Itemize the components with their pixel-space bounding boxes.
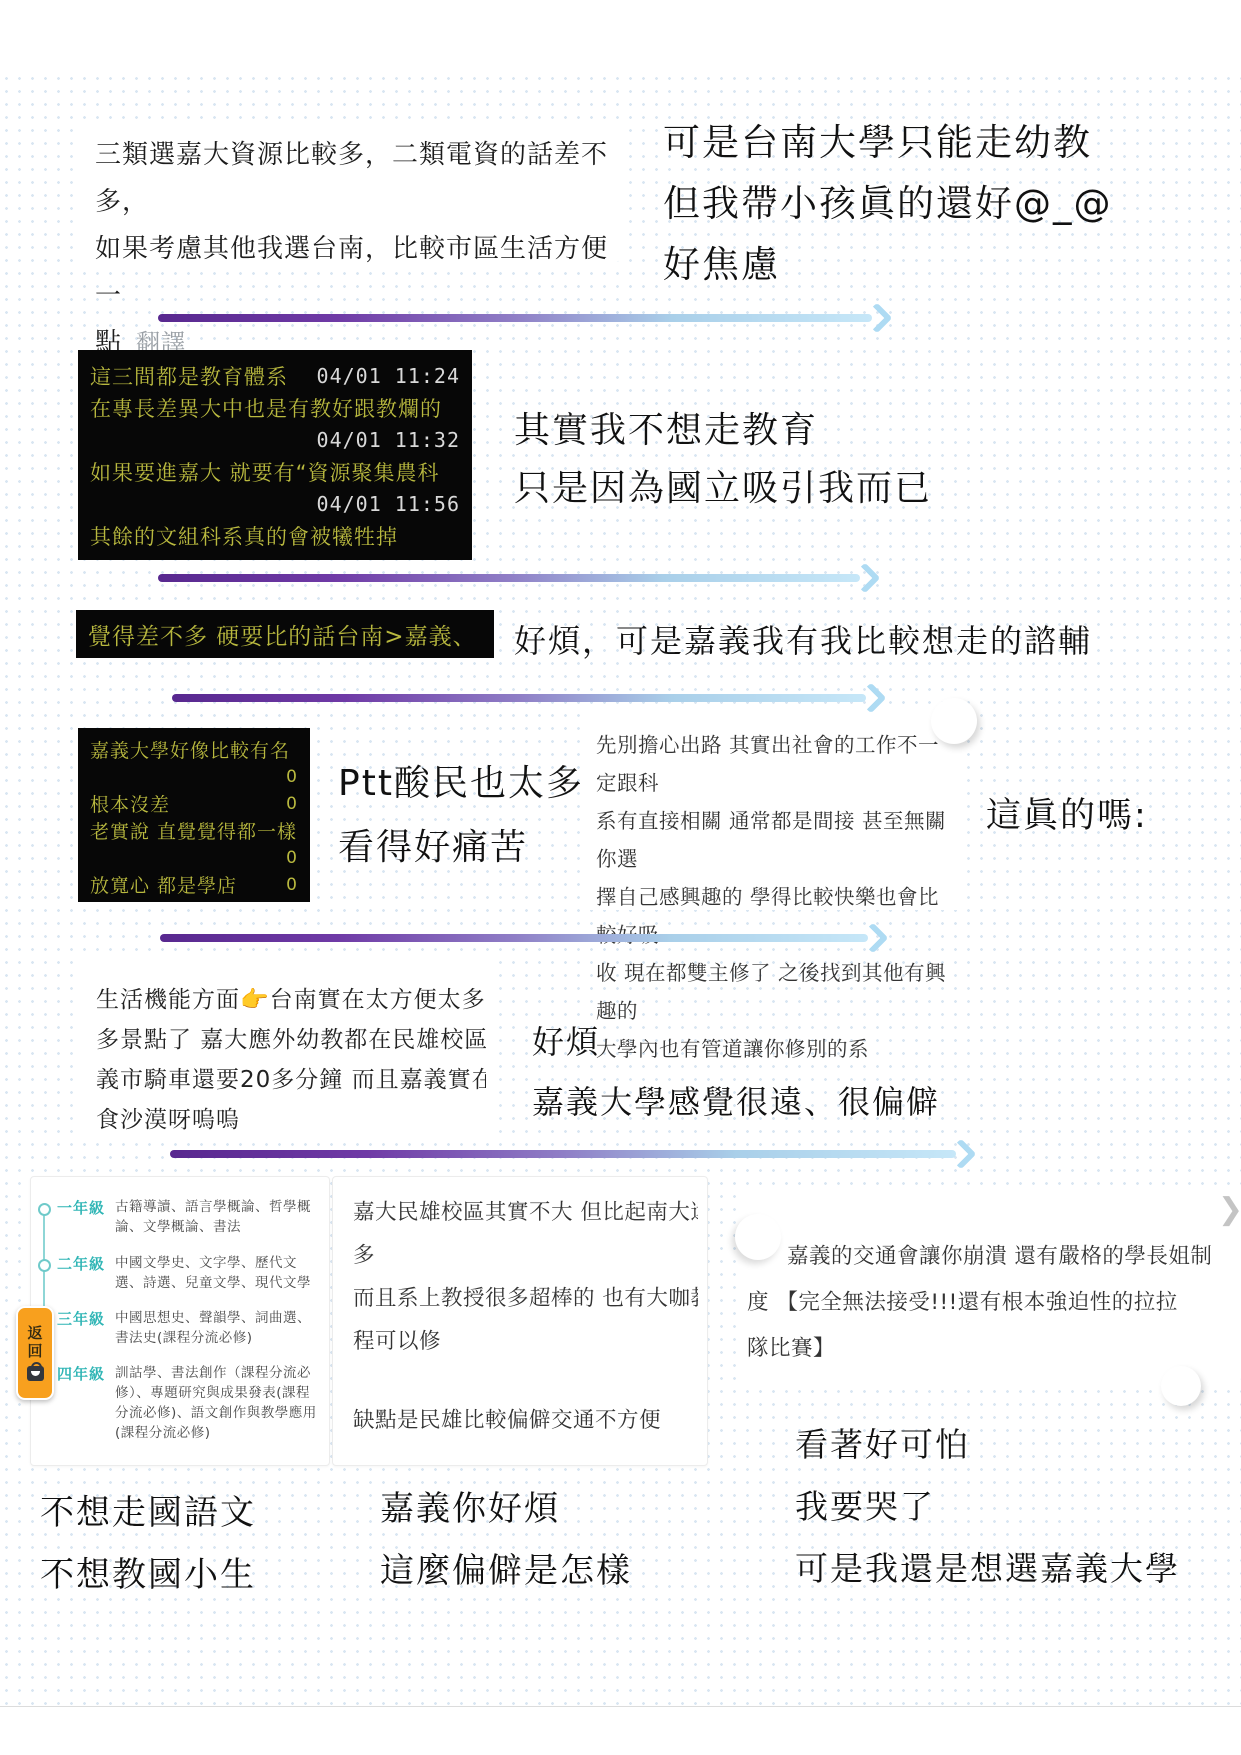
ptt-push-count: 0 <box>286 875 298 895</box>
traffic-line: 度 【完全無法接受!!!還有根本強迫性的拉拉 <box>747 1280 1237 1326</box>
grade-courses: 中國文學史、文字學、歷代文選、詩選、兒童文學、現代文學 <box>115 1253 317 1293</box>
quote-line: 三類選嘉大資源比較多，二類電資的話差不多， <box>95 132 610 226</box>
chevron-right-icon[interactable]: ❯ <box>1218 1192 1241 1227</box>
ptt-comment: 根本沒差 <box>90 790 170 817</box>
ptt-screenshot-education: 這三間都是教育體系 04/01 11:24 在專長差異大中也是有教好跟教爛的 0… <box>78 350 472 560</box>
note-line: 可是我還是想選嘉義大學 <box>795 1538 1180 1600</box>
ptt-screenshot-compare-bar: 覺得差不多 硬要比的話台南>嘉義、 <box>76 610 494 658</box>
ptt-comment: 嘉義大學好像比較有名 <box>90 736 290 763</box>
note-line: 我要哭了 <box>795 1476 1180 1538</box>
grade-courses: 古籍導讀、語言學概論、哲學概論、文學概論、書法 <box>115 1197 317 1237</box>
campus-line: 而且系上教授很多超棒的 也有大咖教授跟教 <box>353 1277 698 1320</box>
page-curl <box>1161 1366 1201 1406</box>
advice-line: 擇自己感興趣的 學得比較快樂也會比較好吸 <box>596 878 951 954</box>
note-line: 其實我不想走教育 <box>514 402 932 460</box>
timeline-dot <box>38 1259 51 1272</box>
grade-label: 二年級 <box>57 1253 115 1293</box>
page-bottom-margin <box>0 1706 1241 1755</box>
life-line: 多景點了 嘉大應外幼教都在民雄校區 來嘉 <box>96 1020 486 1060</box>
note-tainan-preschool: 可是台南大學只能走幼教 但我帶小孩眞的還好@_@ 好焦慮 <box>663 112 1113 295</box>
ptt-timestamp: 04/01 11:32 <box>317 428 460 452</box>
note-far-away: 好煩 嘉義大學感覺很遠、很偏僻 <box>532 1012 940 1132</box>
quote-card-top-left: 三類選嘉大資源比較多，二類電資的話差不多， 如果考慮其他我選台南，比較市區生活方… <box>75 120 620 262</box>
shopee-back-button[interactable]: 返回 <box>16 1306 54 1400</box>
life-line: 食沙漠呀嗚嗚 <box>96 1100 486 1140</box>
traffic-text: 嘉義的交通會讓你崩潰 還有嚴格的學長姐制 度 【完全無法接受!!!還有根本強迫性… <box>747 1234 1237 1372</box>
grade-row-4: 四年級 訓詁學、書法創作（課程分流必修）、專題研究與成果發表(課程分流必修)、語… <box>57 1363 317 1443</box>
ptt-row: 老實說 直覺覺得都一樣 <box>90 817 298 844</box>
advice-line: 先別擔心出路 其實出社會的工作不一定跟科 <box>596 726 951 802</box>
ptt-row: 放寬心 都是學店 0 <box>90 871 298 898</box>
grade-row-2: 二年級 中國文學史、文字學、歷代文選、詩選、兒童文學、現代文學 <box>57 1253 317 1293</box>
notebook-page: 三類選嘉大資源比較多，二類電資的話差不多， 如果考慮其他我選台南，比較市區生活方… <box>0 0 1241 1755</box>
note-line: 看得好痛苦 <box>338 816 584 880</box>
traffic-card: 嘉義的交通會讓你崩潰 還有嚴格的學長姐制 度 【完全無法接受!!!還有根本強迫性… <box>737 1190 1241 1382</box>
note-line: 好焦慮 <box>663 234 1113 295</box>
note-line: Ptt酸民也太多 <box>338 752 584 816</box>
campus-text: 嘉大民雄校區其實不大 但比起南大還是大很 多 而且系上教授很多超棒的 也有大咖教… <box>353 1191 698 1363</box>
life-line: 生活機能方面👉台南實在太方便太多美食太 <box>96 980 486 1020</box>
ptt-comment: 在專長差異大中也是有教好跟教爛的 <box>90 393 442 423</box>
note-no-chinese-major: 不想走國語文 不想教國小生 <box>40 1482 256 1606</box>
gradient-arrow <box>172 694 866 702</box>
note-line: 嘉義大學感覺很遠、很偏僻 <box>532 1072 940 1132</box>
note-line: 可是台南大學只能走幼教 <box>663 112 1113 173</box>
campus-line: 多 <box>353 1234 698 1277</box>
life-line: 義市騎車還要20多分鐘 而且嘉義實在是美 <box>96 1060 486 1100</box>
ptt-screenshot-famous: 嘉義大學好像比較有名 0 根本沒差 0 老實說 直覺覺得都一樣 0 放寬心 都是… <box>78 728 310 902</box>
grade-label: 三年級 <box>57 1308 115 1348</box>
grade-label: 四年級 <box>57 1363 115 1443</box>
note-line: 不想教國小生 <box>40 1544 256 1606</box>
note-line: 但我帶小孩眞的還好@_@ <box>663 173 1113 234</box>
ptt-row: 如果要進嘉大 就要有“資源聚集農科 <box>90 456 460 488</box>
quote-text: 三類選嘉大資源比較多，二類電資的話差不多， 如果考慮其他我選台南，比較市區生活方… <box>95 132 610 367</box>
gradient-arrow <box>160 934 868 942</box>
shopee-bag-icon <box>27 1366 44 1381</box>
ptt-row: 在專長差異大中也是有教好跟教爛的 <box>90 392 460 424</box>
ptt-row: 04/01 11:56 <box>90 488 460 520</box>
ptt-row: 0 <box>90 844 298 871</box>
timeline-dot <box>38 1203 51 1216</box>
note-line: 嘉義你好煩 <box>380 1478 632 1540</box>
note-line: 不想走國語文 <box>40 1482 256 1544</box>
grade-row-3: 三年級 中國思想史、聲韻學、詞曲選、書法史(課程分流必修) <box>57 1308 317 1348</box>
curriculum-card: 一年級 古籍導讀、語言學概論、哲學概論、文學概論、書法 二年級 中國文學史、文字… <box>30 1176 330 1466</box>
ptt-row: 其餘的文組科系真的會被犧牲掉 <box>90 520 460 552</box>
grade-row-1: 一年級 古籍導讀、語言學概論、哲學概論、文學概論、書法 <box>57 1197 317 1237</box>
ptt-comment: 其餘的文組科系真的會被犧牲掉 <box>90 521 398 551</box>
campus-card: 嘉大民雄校區其實不大 但比起南大還是大很 多 而且系上教授很多超棒的 也有大咖教… <box>332 1176 708 1466</box>
note-scary: 看著好可怕 我要哭了 可是我還是想選嘉義大學 <box>795 1414 1180 1600</box>
note-ptt-haters: Ptt酸民也太多 看得好痛苦 <box>338 752 584 880</box>
traffic-line: 隊比賽】 <box>747 1326 1237 1372</box>
ptt-comment: 老實說 直覺覺得都一樣 <box>90 817 297 844</box>
campus-line: 嘉大民雄校區其實不大 但比起南大還是大很 <box>353 1191 698 1234</box>
ptt-comment: 如果要進嘉大 就要有“資源聚集農科 <box>90 457 440 487</box>
note-really: 這眞的嗎: <box>986 788 1148 838</box>
note-line: 好煩 <box>532 1012 940 1072</box>
ptt-row: 04/01 11:32 <box>90 424 460 456</box>
note-not-education: 其實我不想走教育 只是因為國立吸引我而已 <box>514 402 932 518</box>
ptt-row: 這三間都是教育體系 04/01 11:24 <box>90 360 460 392</box>
ptt-row: 0 <box>90 763 298 790</box>
grade-courses: 中國思想史、聲韻學、詞曲選、書法史(課程分流必修) <box>115 1308 317 1348</box>
chat-card-life: 生活機能方面👉台南實在太方便太多美食太 多景點了 嘉大應外幼教都在民雄校區 來嘉… <box>78 958 493 1140</box>
note-line: 只是因為國立吸引我而已 <box>514 460 932 518</box>
ptt-comment: 覺得差不多 硬要比的話台南>嘉義、 <box>88 618 477 651</box>
ptt-comment: 這三間都是教育體系 <box>90 361 288 391</box>
quote-line: 如果考慮其他我選台南，比較市區生活方便一 <box>95 226 610 320</box>
life-text: 生活機能方面👉台南實在太方便太多美食太 多景點了 嘉大應外幼教都在民雄校區 來嘉… <box>96 980 486 1140</box>
ptt-timestamp: 04/01 11:24 <box>317 364 460 388</box>
note-line: 看著好可怕 <box>795 1414 1180 1476</box>
traffic-line: 嘉義的交通會讓你崩潰 還有嚴格的學長姐制 <box>747 1234 1237 1280</box>
campus-line: 程可以修 <box>353 1320 698 1363</box>
gradient-arrow <box>158 314 872 322</box>
ptt-push-count: 0 <box>286 794 298 814</box>
ptt-push-count: 0 <box>286 848 298 868</box>
grade-label: 一年級 <box>57 1197 115 1237</box>
ptt-row: 根本沒差 0 <box>90 790 298 817</box>
note-annoyed-counseling: 好煩，可是嘉義我有我比較想走的諮輔 <box>514 616 1092 662</box>
note-jiayi-annoying: 嘉義你好煩 這麼偏僻是怎樣 <box>380 1478 632 1602</box>
grade-courses: 訓詁學、書法創作（課程分流必修）、專題研究與成果發表(課程分流必修)、語文創作與… <box>115 1363 317 1443</box>
back-button-label: 返回 <box>25 1325 46 1361</box>
ptt-row: 嘉義大學好像比較有名 <box>90 736 298 763</box>
note-line: 這麼偏僻是怎樣 <box>380 1540 632 1602</box>
campus-downside-text: 缺點是民雄比較偏僻交通不方便 <box>353 1403 698 1434</box>
ptt-timestamp: 04/01 11:56 <box>317 492 460 516</box>
advice-line: 系有直接相關 通常都是間接 甚至無關 你選 <box>596 802 951 878</box>
gradient-arrow <box>158 574 860 582</box>
chat-card-advice: 先別擔心出路 其實出社會的工作不一定跟科 系有直接相關 通常都是間接 甚至無關 … <box>580 712 965 910</box>
ptt-comment: 放寬心 都是學店 <box>90 871 237 898</box>
gradient-arrow <box>170 1150 956 1158</box>
ptt-push-count: 0 <box>286 767 298 787</box>
